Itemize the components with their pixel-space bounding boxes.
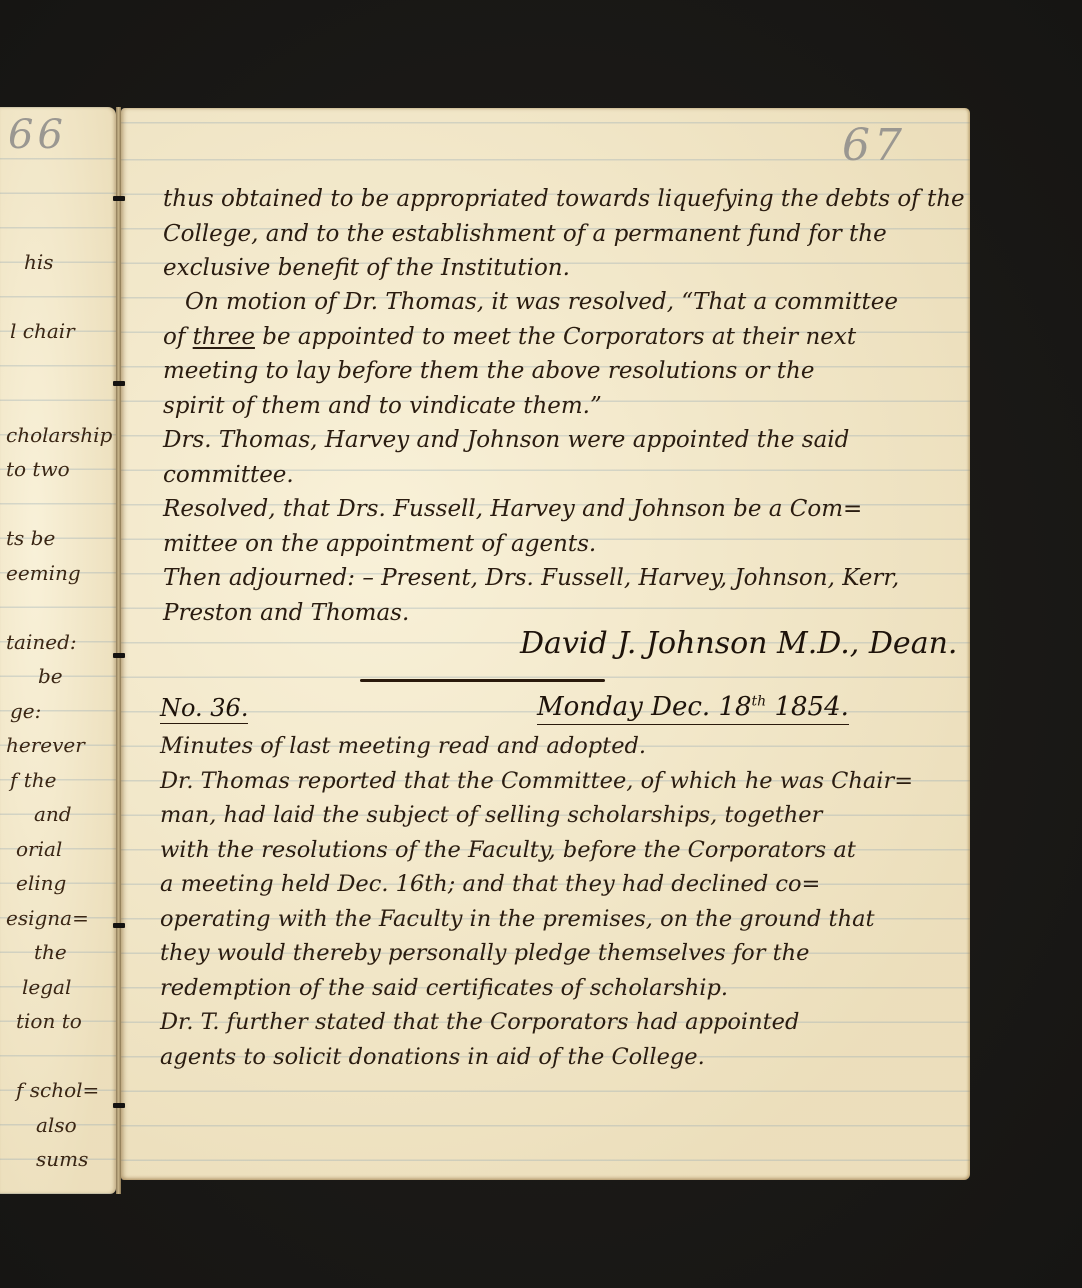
left-fragment: legal [6,970,112,1005]
left-fragment: ge: [6,694,112,729]
left-fragment: be [6,659,112,694]
text-line: agents to solicit donations in aid of th… [160,1040,913,1075]
committee-resolution: On motion of Dr. Thomas, it was resolved… [163,285,898,423]
left-page-number: 66 [8,112,67,158]
left-fragment: eling [6,866,112,901]
text-line: On motion of Dr. Thomas, it was resolved… [163,285,898,320]
left-fragment: tained: [6,625,112,660]
left-fragment: the [6,935,112,970]
entry-date-year: 1854. [766,692,849,722]
binding-stitch [113,196,125,201]
binding-stitch [113,1103,125,1108]
entry-36-body: Minutes of last meeting read and adopted… [160,729,913,1074]
left-fragment [6,280,112,315]
left-fragment: orial [6,832,112,867]
left-fragment: f the [6,763,112,798]
text-line: Dr. Thomas reported that the Committee, … [160,764,913,799]
text-line: spirit of them and to vindicate them.” [163,389,898,424]
text-line: redemption of the said certificates of s… [160,971,913,1006]
left-fragment [6,349,112,384]
text-line: exclusive benefit of the Institution. [163,251,965,286]
text-line: with the resolutions of the Faculty, bef… [160,833,913,868]
left-fragment: his [6,245,112,280]
left-fragment: and [6,797,112,832]
left-fragment: ts be [6,521,112,556]
left-fragment: f schol= [6,1073,112,1108]
text-line: a meeting held Dec. 16th; and that they … [160,867,913,902]
text-line: Minutes of last meeting read and adopted… [160,729,913,764]
text-line: thus obtained to be appropriated towards… [163,182,965,217]
entry-date: Monday Dec. 18th 1854. [537,692,849,725]
left-fragment [6,1039,112,1074]
binding-stitch [113,923,125,928]
text-line: man, had laid the subject of selling sch… [160,798,913,833]
text-line: of three be appointed to meet the Corpor… [163,320,898,355]
entry-number: No. 36. [160,694,248,724]
left-fragment: l chair [6,314,112,349]
binding-stitch [113,653,125,658]
text-line: committee. [163,458,849,493]
section-divider [360,679,605,682]
text-line: Preston and Thomas. [163,596,899,631]
left-fragment: to two [6,452,112,487]
dean-signature: David J. Johnson M.D., Dean. [520,626,957,661]
left-fragment: cholarship [6,418,112,453]
text-line: Resolved, that Drs. Fussell, Harvey and … [163,492,862,527]
left-fragment [6,590,112,625]
entry-date-suffix: th [752,693,767,709]
text-segment: be appointed to meet the Corporators at … [255,324,856,350]
binding-stitch [113,381,125,386]
left-fragment: esigna= [6,901,112,936]
left-fragment: tion to [6,1004,112,1039]
text-line: they would thereby personally pledge the… [160,936,913,971]
left-fragment: eeming [6,556,112,591]
left-fragment: also [6,1108,112,1143]
agents-resolution: Resolved, that Drs. Fussell, Harvey and … [163,492,862,561]
left-fragment [6,383,112,418]
text-segment: of [163,324,193,350]
text-line: Dr. T. further stated that the Corporato… [160,1005,913,1040]
entry-date-text: Monday Dec. 18 [537,692,752,722]
committee-appointment: Drs. Thomas, Harvey and Johnson were app… [163,423,849,492]
continuation-paragraph: thus obtained to be appropriated towards… [163,182,965,286]
left-fragment [6,487,112,522]
adjournment: Then adjourned: – Present, Drs. Fussell,… [163,561,899,630]
left-fragment: sums [6,1142,112,1177]
underlined-word: three [193,324,255,350]
text-line: Drs. Thomas, Harvey and Johnson were app… [163,423,849,458]
text-line: Then adjourned: – Present, Drs. Fussell,… [163,561,899,596]
left-fragment: herever [6,728,112,763]
text-line: College, and to the establishment of a p… [163,217,965,252]
right-page-number: 67 [842,120,906,171]
text-line: operating with the Faculty in the premis… [160,902,913,937]
text-line: meeting to lay before them the above res… [163,354,898,389]
text-line: mittee on the appointment of agents. [163,527,862,562]
left-page-text: his l chair cholarship to two ts be eemi… [6,245,112,1177]
